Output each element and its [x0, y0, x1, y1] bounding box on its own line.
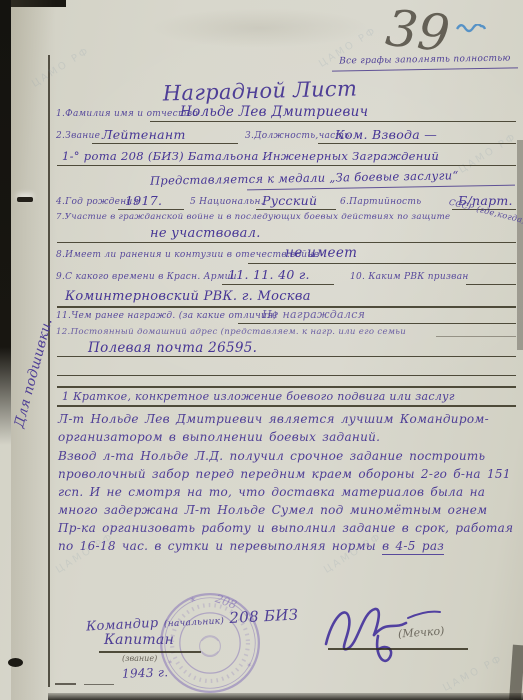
- scan-edge-right-bottom: [509, 645, 523, 700]
- field-8-label: 8.Имеет ли ранения и контузии в отечеств…: [56, 250, 319, 260]
- field-11-label: 11.Чем ранее награжд. (за какие отличия): [56, 311, 277, 321]
- citation-paragraph-1: Л-т Нольде Лев Дмитриевич является лучши…: [58, 410, 516, 446]
- field-3-rule-continued: [57, 165, 516, 166]
- document-title: Наградной Лист: [110, 75, 411, 107]
- pencil-dash-2: [84, 684, 114, 685]
- nomination-line: Представляется к медали „За боевые заслу…: [150, 168, 459, 187]
- blank-rule-2: [57, 386, 516, 388]
- field-1-rule: [150, 121, 516, 122]
- citation-heading: 1 Краткое, конкретное изложение боевого …: [62, 390, 455, 403]
- svg-text:✶: ✶: [189, 594, 196, 604]
- field-3-rule: [318, 143, 516, 144]
- field-9-rule: [222, 284, 334, 285]
- field-3-value: Ком. Взвода —: [335, 127, 437, 142]
- archive-watermark: ЦАМО РФ: [457, 131, 519, 176]
- field-4-rule: [118, 209, 184, 210]
- commander-rank: Капитан: [104, 632, 174, 648]
- field-9-label: 9.С какого времени в Красн. Армии: [56, 272, 237, 282]
- field-12-rule: [57, 356, 516, 357]
- field-9-value: 11. 11. 40 г.: [228, 267, 310, 282]
- blue-pencil-check-mark: [456, 24, 486, 34]
- field-7-value: не участвовал.: [150, 226, 261, 241]
- field-11-rule: [238, 323, 516, 324]
- form-instruction: Все графы заполнять полностью: [330, 53, 520, 66]
- paper-slot-mark: [17, 197, 33, 202]
- field-2-rule: [92, 143, 238, 144]
- field-1-value: Нольде Лев Дмитриевич: [180, 104, 368, 120]
- field-10-rule: [466, 284, 516, 285]
- pencil-dash-1: [55, 683, 76, 685]
- signature-underline: [328, 648, 468, 650]
- field-7-rule: [57, 242, 516, 243]
- field-11-value: Не награждался: [262, 308, 365, 321]
- field-5-rule: [256, 209, 336, 210]
- field-7-label: 7.Участие в гражданской войне и в послед…: [56, 212, 450, 222]
- field-8-rule: [248, 263, 516, 264]
- award-sheet-document: ЦАМО РФ ЦАМО РФ ЦАМО РФ ЦАМО РФ ЦАМО РФ …: [0, 0, 523, 700]
- field-10-label: 10. Каким РВК призван: [350, 272, 469, 282]
- citation-heading-rule: [57, 405, 516, 407]
- rank-note: (звание): [122, 654, 157, 663]
- scan-edge-bottom: [48, 693, 523, 700]
- field-2-label: 2.Звание: [56, 131, 100, 141]
- citation-underlined-phrase: в 4-5 раз: [382, 539, 444, 555]
- commander-note: (начальник): [164, 616, 225, 629]
- commander-unit: 208 БИЗ: [229, 605, 299, 627]
- punch-hole: [8, 658, 23, 667]
- field-10-value: Коминтерновский РВК. г. Москва: [65, 289, 311, 304]
- scan-edge-left: [0, 0, 11, 445]
- field-3-label: 3.Должность,часть: [245, 131, 350, 141]
- field-2-value: Лейтенант: [102, 127, 186, 142]
- fold-crease-line: [48, 55, 50, 687]
- field-3-value-continued: 1-° рота 208 (БИЗ) Батальона Инженерных …: [62, 149, 439, 163]
- field-8-value: не имеет: [285, 245, 357, 261]
- instruction-underline: [332, 67, 518, 71]
- scan-edge-right: [517, 140, 523, 350]
- field-5-label: 5 Национальн.: [190, 197, 264, 207]
- field-5-value: Русский: [262, 193, 317, 208]
- field-1-label: 1.Фамилия имя и отчество: [56, 109, 198, 119]
- field-12-short-rule: [436, 336, 516, 337]
- paper-stain: [150, 8, 370, 48]
- blank-rule-1: [57, 375, 516, 376]
- field-12-value: Полевая почта 26595.: [88, 340, 257, 356]
- field-4-value: 1917.: [125, 193, 162, 208]
- nomination-underline: [247, 185, 515, 191]
- field-6-label: 6.Партийность: [340, 197, 421, 207]
- citation-paragraph-2: Взвод л-та Нольде Л.Д. получил срочное з…: [58, 447, 516, 555]
- footer-year: 1943 г.: [122, 665, 169, 681]
- rank-underline: [99, 651, 201, 653]
- citation-body-text: Л-т Нольде Лев Дмитриевич является лучши…: [58, 410, 516, 556]
- field-12-label: 12.Постоянный домашний адрес (представля…: [56, 327, 406, 337]
